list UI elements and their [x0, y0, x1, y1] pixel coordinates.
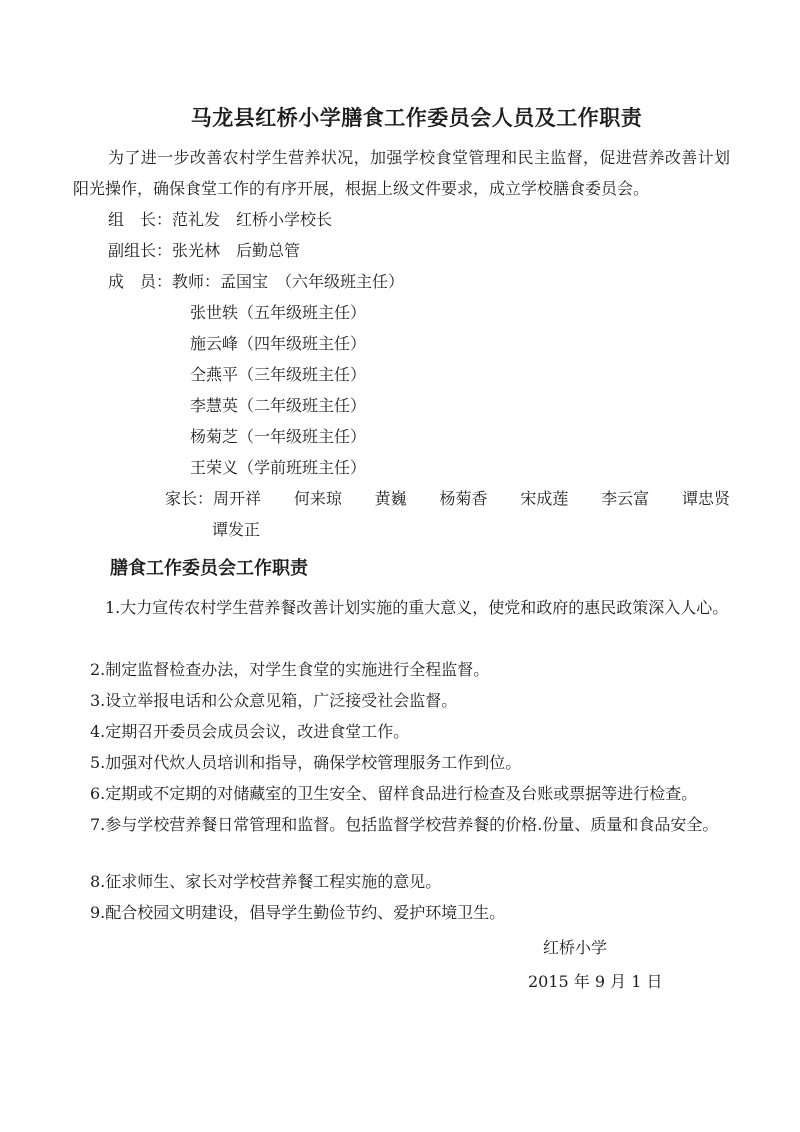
role-label: 组 长：	[108, 210, 172, 229]
teacher-line: 李慧英（二年级班主任）	[73, 390, 730, 421]
role-line-leader: 组 长：范礼发 红桥小学校长	[73, 204, 730, 235]
role-label: 成 员：	[108, 272, 172, 291]
signature-date: 2015 年 9 月 1 日	[73, 966, 730, 997]
duty-item: 1.大力宣传农村学生营养餐改善计划实施的重大意义，使党和政府的惠民政策深入人心。	[73, 592, 730, 623]
duties-heading: 膳食工作委员会工作职责	[73, 553, 730, 584]
signature-school: 红桥小学	[73, 932, 730, 963]
duty-item: 4.定期召开委员会成员会议，改进食堂工作。	[73, 716, 730, 747]
parents-line: 家长： 周开祥 何来琼 黄巍 杨菊香 宋成莲 李云富 谭忠贤	[73, 483, 730, 514]
parents-names: 周开祥 何来琼 黄巍 杨菊香 宋成莲 李云富 谭忠贤	[213, 483, 730, 514]
role-value: 教师：孟国宝 （六年级班主任）	[172, 272, 404, 291]
teacher-line: 杨菊芝（一年级班主任）	[73, 421, 730, 452]
parent-name: 谭发正	[73, 514, 730, 545]
teacher-line: 仝燕平（三年级班主任）	[73, 359, 730, 390]
teacher-line: 施云峰（四年级班主任）	[73, 328, 730, 359]
duty-item: 8.征求师生、家长对学校营养餐工程实施的意见。	[73, 866, 730, 897]
teacher-line: 张世轶（五年级班主任）	[73, 297, 730, 328]
parent-name: 何来琼	[294, 483, 342, 514]
intro-paragraph: 为了进一步改善农村学生营养状况，加强学校食堂管理和民主监督，促进营养改善计划阳光…	[73, 142, 730, 204]
parent-name: 杨菊香	[440, 483, 488, 514]
teacher-line: 王荣义（学前班班主任）	[73, 452, 730, 483]
role-line-deputy: 副组长：张光林 后勤总管	[73, 235, 730, 266]
role-label: 副组长：	[108, 241, 172, 260]
role-value: 范礼发 红桥小学校长	[172, 210, 332, 229]
role-line-members: 成 员：教师：孟国宝 （六年级班主任）	[73, 266, 730, 297]
duty-item: 3.设立举报电话和公众意见箱，广泛接受社会监督。	[73, 685, 730, 716]
parent-name: 周开祥	[213, 483, 261, 514]
parent-name: 宋成莲	[520, 483, 568, 514]
duty-item: 6.定期或不定期的对储藏室的卫生安全、留样食品进行检查及台账或票据等进行检查。	[73, 778, 730, 809]
duty-item: 5.加强对代炊人员培训和指导，确保学校管理服务工作到位。	[73, 747, 730, 778]
duty-item: 9.配合校园文明建设，倡导学生勤俭节约、爱护环境卫生。	[73, 897, 730, 928]
duty-item: 2.制定监督检查办法，对学生食堂的实施进行全程监督。	[73, 654, 730, 685]
parent-name: 黄巍	[375, 483, 407, 514]
role-value: 张光林 后勤总管	[172, 241, 300, 260]
duty-item: 7.参与学校营养餐日常管理和监督。包括监督学校营养餐的价格.份量、质量和食品安全…	[73, 809, 730, 840]
parent-name: 谭忠贤	[682, 483, 730, 514]
document-page: 马龙县红桥小学膳食工作委员会人员及工作职责 为了进一步改善农村学生营养状况，加强…	[0, 0, 800, 1132]
document-title: 马龙县红桥小学膳食工作委员会人员及工作职责	[73, 0, 730, 132]
parents-label: 家长：	[165, 483, 213, 514]
parent-name: 李云富	[601, 483, 649, 514]
